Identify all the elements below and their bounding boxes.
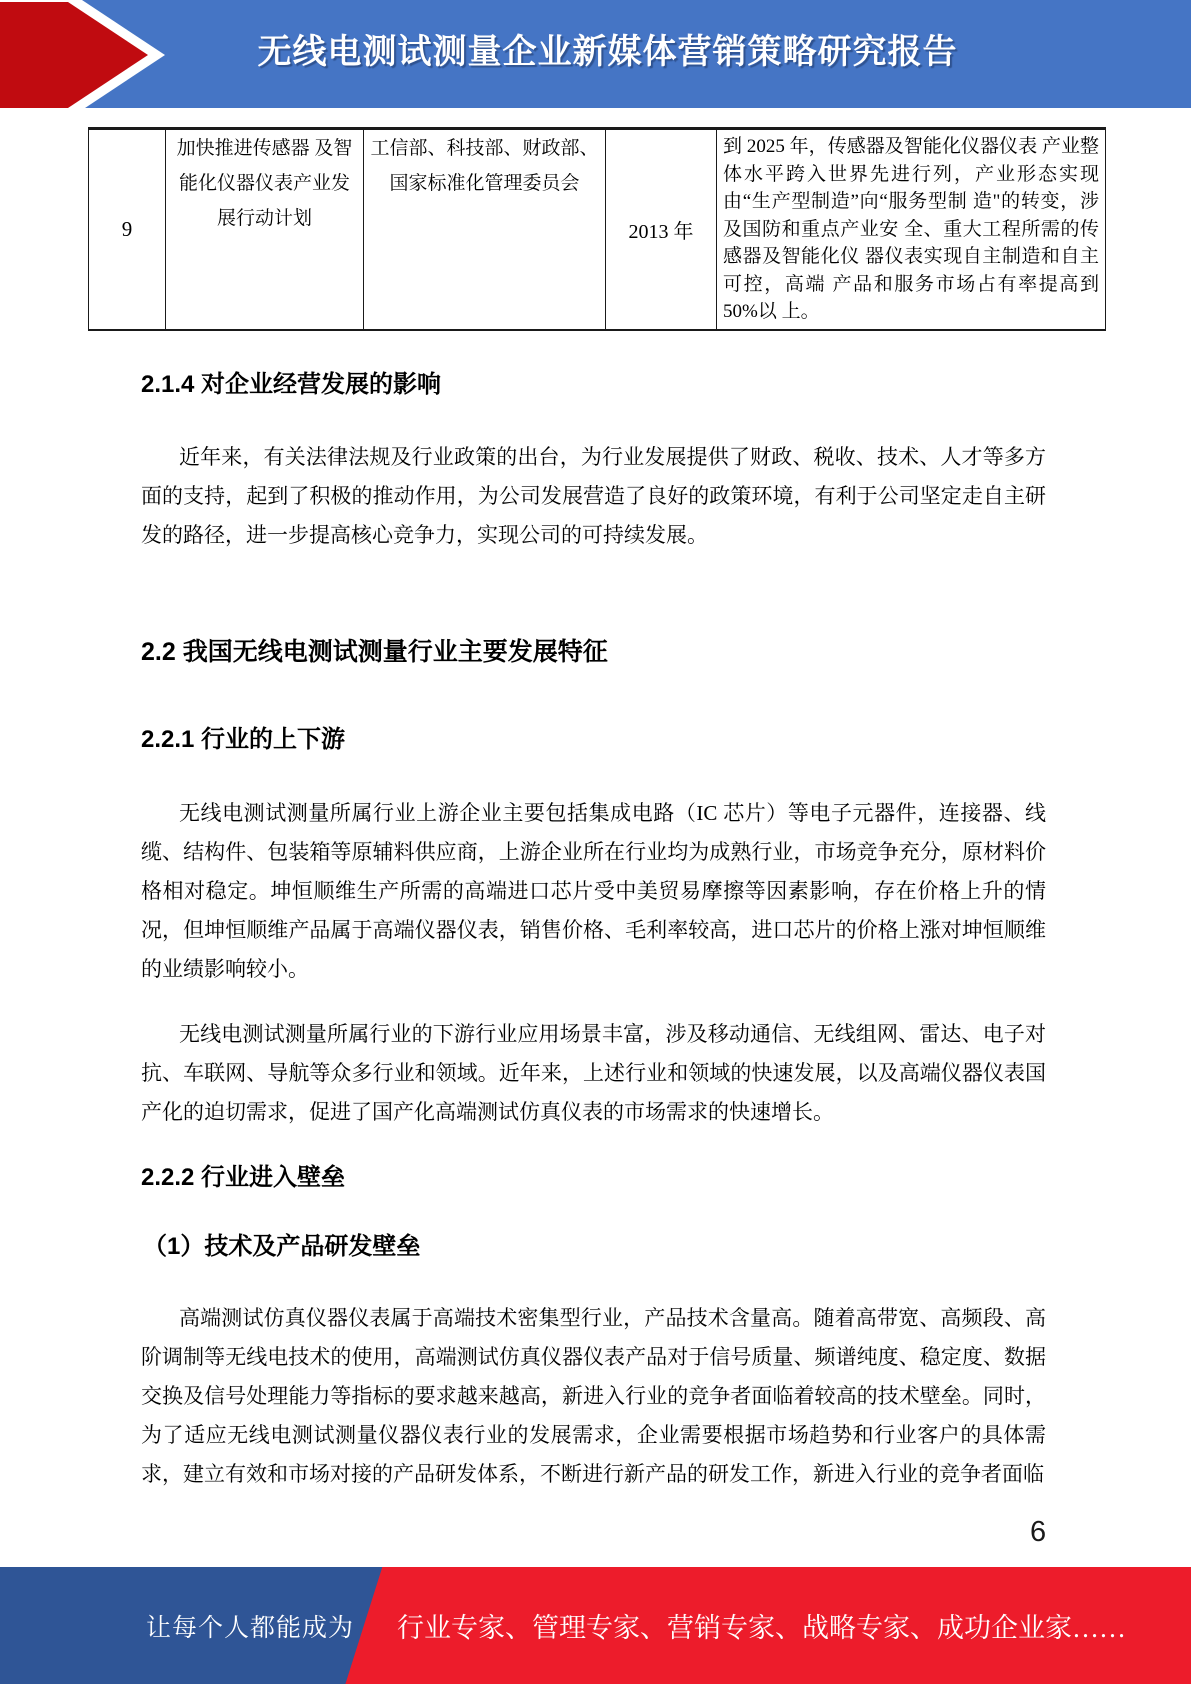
table-cell-index: 9: [89, 129, 166, 330]
table-cell-content: 到 2025 年，传感器及智能化仪器仪表 产业整体水平跨入世界先进行列，产业形态…: [717, 129, 1106, 330]
section-heading-2-2-1: 2.2.1 行业的上下游: [141, 725, 1046, 754]
paragraph: 近年来，有关法律法规及行业政策的出台，为行业发展提供了财政、税收、技术、人才等多…: [141, 438, 1046, 555]
paragraph: 高端测试仿真仪器仪表属于高端技术密集型行业，产品技术含量高。随着高带宽、高频段、…: [141, 1299, 1046, 1494]
footer-slogan-left: 让每个人都能成为: [146, 1567, 354, 1684]
document-body: 2.1.4 对企业经营发展的影响 近年来，有关法律法规及行业政策的出台，为行业发…: [141, 370, 1046, 1494]
table-cell-policy-name: 加快推进传感器 及智能化仪器仪表产业发展行动计划: [166, 129, 364, 330]
report-title: 无线电测试测量企业新媒体营销策略研究报告: [0, 0, 1191, 102]
footer-slogan-right: 行业专家、管理专家、营销专家、战略专家、成功企业家……: [397, 1567, 1126, 1684]
paragraph: 无线电测试测量所属行业上游企业主要包括集成电路（IC 芯片）等电子元器件，连接器…: [141, 794, 1046, 989]
section-heading-2-2: 2.2 我国无线电测试测量行业主要发展特征: [141, 637, 1046, 668]
table-cell-year: 2013 年: [606, 129, 717, 330]
section-heading-2-1-4: 2.1.4 对企业经营发展的影响: [141, 370, 1046, 399]
footer-banner: 让每个人都能成为 行业专家、管理专家、营销专家、战略专家、成功企业家……: [0, 1567, 1191, 1684]
subsection-heading-1: （1）技术及产品研发壁垒: [141, 1232, 1046, 1261]
table-cell-issuer: 工信部、科技部、财政部、国家标准化管理委员会: [364, 129, 606, 330]
paragraph: 无线电测试测量所属行业的下游行业应用场景丰富，涉及移动通信、无线组网、雷达、电子…: [141, 1015, 1046, 1132]
table-row: 9 加快推进传感器 及智能化仪器仪表产业发展行动计划 工信部、科技部、财政部、国…: [89, 129, 1106, 330]
policy-table: 9 加快推进传感器 及智能化仪器仪表产业发展行动计划 工信部、科技部、财政部、国…: [88, 127, 1106, 331]
document-page: 无线电测试测量企业新媒体营销策略研究报告 9 加快推进传感器 及智能化仪器仪表产…: [0, 0, 1191, 1684]
section-heading-2-2-2: 2.2.2 行业进入壁垒: [141, 1163, 1046, 1192]
header-banner: 无线电测试测量企业新媒体营销策略研究报告: [0, 0, 1191, 108]
page-number: 6: [1030, 1516, 1070, 1549]
